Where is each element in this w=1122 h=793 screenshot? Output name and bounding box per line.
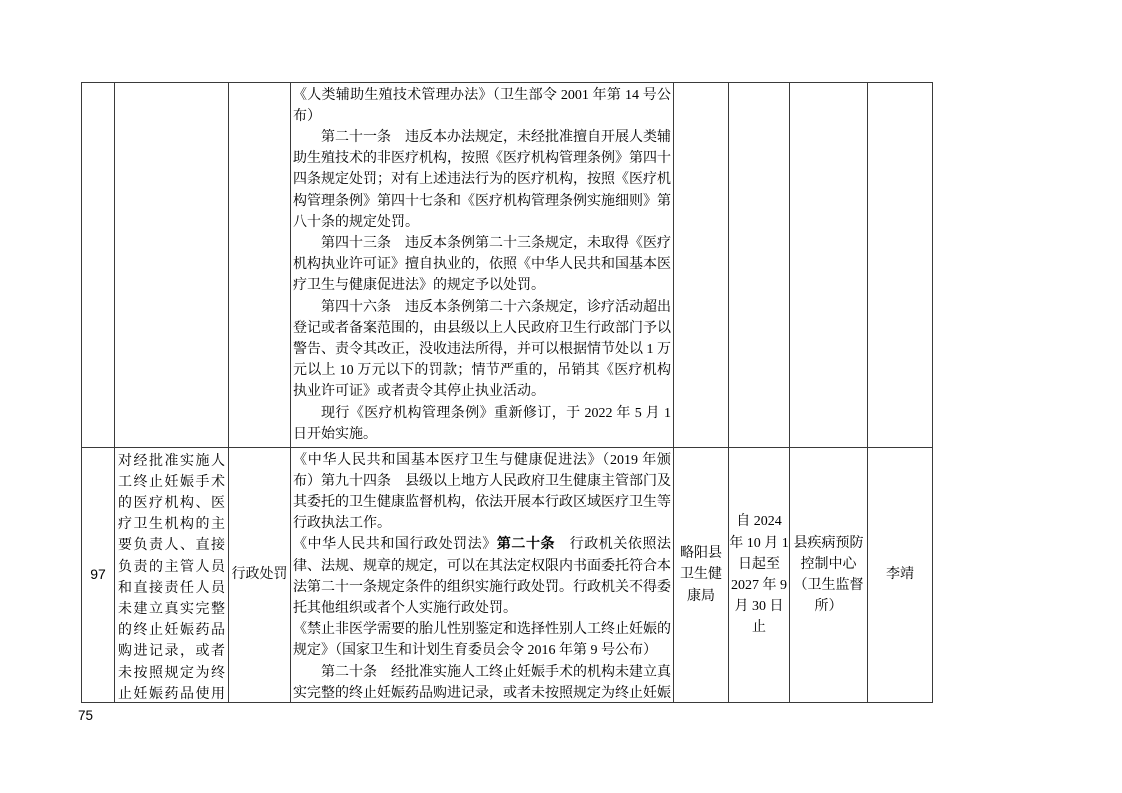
table-row: 97 对经批准实施人工终止妊娠手术的医疗机构、医疗卫生机构的主要负责人、直接负责…: [82, 448, 933, 703]
cell-violation: [115, 83, 229, 448]
cell-violation: 对经批准实施人工终止妊娠手术的医疗机构、医疗卫生机构的主要负责人、直接负责的主管…: [115, 448, 229, 703]
cell-valid-period: 自 2024 年 10 月 1 日起至 2027 年 9 月 30 日止: [729, 448, 790, 703]
legal-paragraph: 《中华人民共和国基本医疗卫生与健康促进法》（2019 年颁布）第九十四条 县级以…: [293, 450, 671, 535]
penalty-items-table: 《人类辅助生殖技术管理办法》（卫生部令 2001 年第 14 号公布）第二十一条…: [81, 82, 933, 703]
cell-legal-basis: 《人类辅助生殖技术管理办法》（卫生部令 2001 年第 14 号公布）第二十一条…: [291, 83, 674, 448]
cell-seq: 97: [82, 448, 115, 703]
cell-seq: [82, 83, 115, 448]
cell-delegated-org: [790, 83, 868, 448]
legal-paragraph: 第二十条 经批准实施人工终止妊娠手术的机构未建立真实完整的终止妊娠药品购进记录，…: [293, 662, 671, 702]
violation-text: 对经批准实施人工终止妊娠手术的医疗机构、医疗卫生机构的主要负责人、直接负责的主管…: [115, 449, 228, 702]
cell-agency: [674, 83, 729, 448]
cell-legal-basis: 《中华人民共和国基本医疗卫生与健康促进法》（2019 年颁布）第九十四条 县级以…: [291, 448, 674, 703]
legal-paragraph: 第四十六条 违反本条例第二十六条规定，诊疗活动超出登记或者备案范围的，由县级以上…: [293, 297, 671, 403]
cell-delegated-org: 县疾病预防控制中心（卫生监督所）: [790, 448, 868, 703]
cell-contact: 李靖: [868, 448, 933, 703]
legal-paragraph: 《中华人民共和国行政处罚法》第二十条 行政机关依照法律、法规、规章的规定，可以在…: [293, 534, 671, 619]
cell-valid-period: [729, 83, 790, 448]
cell-penalty-type: 行政处罚: [229, 448, 291, 703]
table-row: 《人类辅助生殖技术管理办法》（卫生部令 2001 年第 14 号公布）第二十一条…: [82, 83, 933, 448]
cell-agency: 略阳县卫生健康局: [674, 448, 729, 703]
legal-paragraph: 第四十三条 违反本条例第二十三条规定，未取得《医疗机构执业许可证》擅自执业的，依…: [293, 233, 671, 297]
cell-penalty-type: [229, 83, 291, 448]
legal-basis-text: 《人类辅助生殖技术管理办法》（卫生部令 2001 年第 14 号公布）第二十一条…: [291, 84, 673, 447]
legal-paragraph: 第二十一条 违反本办法规定，未经批准擅自开展人类辅助生殖技术的非医疗机构，按照《…: [293, 127, 671, 233]
legal-paragraph: 《禁止非医学需要的胎儿性别鉴定和选择性别人工终止妊娠的规定》（国家卫生和计划生育…: [293, 619, 671, 661]
page-number: 75: [78, 708, 93, 723]
document-page: 《人类辅助生殖技术管理办法》（卫生部令 2001 年第 14 号公布）第二十一条…: [0, 0, 1122, 793]
legal-paragraph: 现行《医疗机构管理条例》重新修订，于 2022 年 5 月 1 日开始实施。: [293, 403, 671, 445]
violation-text: [115, 139, 228, 392]
legal-basis-text: 《中华人民共和国基本医疗卫生与健康促进法》（2019 年颁布）第九十四条 县级以…: [291, 449, 673, 702]
cell-contact: [868, 83, 933, 448]
legal-paragraph: 《人类辅助生殖技术管理办法》（卫生部令 2001 年第 14 号公布）: [293, 85, 671, 127]
